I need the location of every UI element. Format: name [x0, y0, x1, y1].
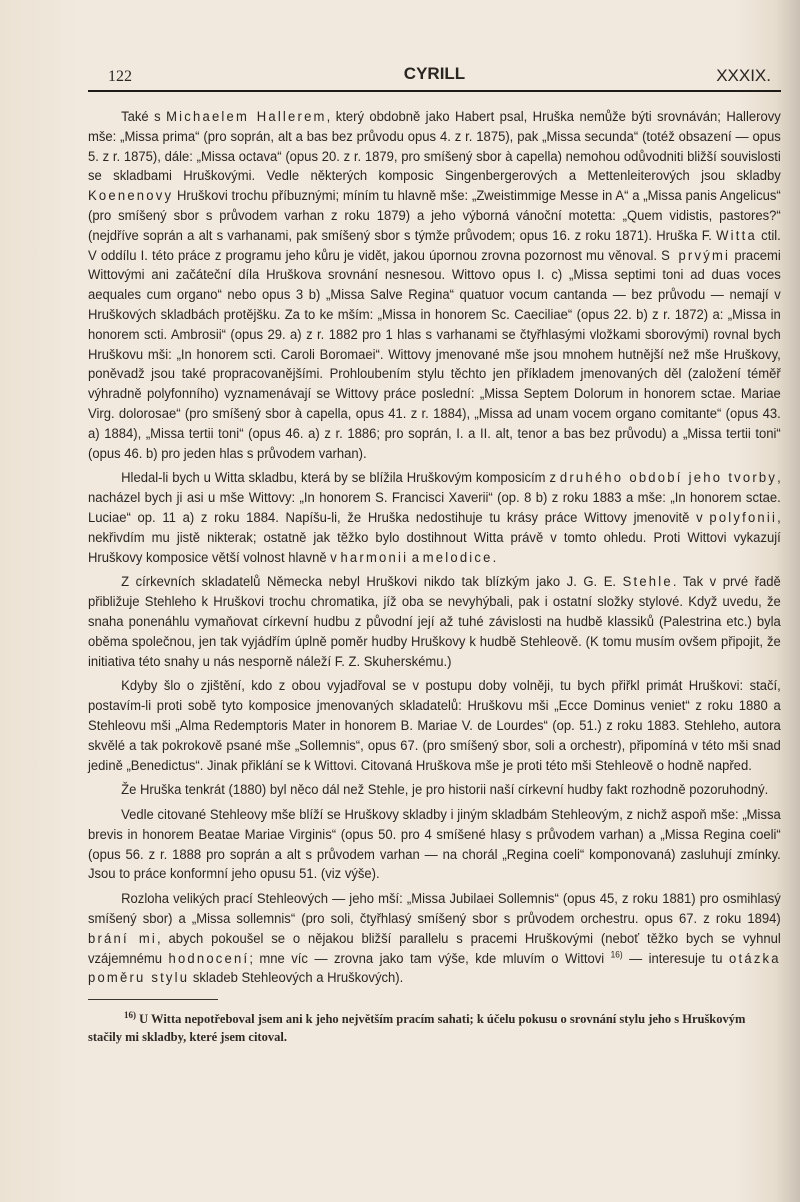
text-run: Rozloha velikých prací Stehleových — jeh…	[88, 891, 781, 927]
text-run: Kdyby šlo o zjištění, kdo z obou vyjadřo…	[88, 678, 781, 773]
text-run: Že Hruška tenkrát (1880) byl něco dál ne…	[121, 782, 768, 798]
paragraph: Z církevních skladatelů Německa nebyl Hr…	[88, 573, 781, 672]
emphasized-text: druhého období jeho tvorby	[560, 470, 777, 486]
emphasized-text: hodnocení	[168, 951, 249, 967]
paragraph: Že Hruška tenkrát (1880) byl něco dál ne…	[88, 781, 781, 801]
footnote-divider	[88, 999, 218, 1000]
running-header: 122 CYRILL XXXIX.	[88, 60, 781, 92]
footnote-text: U Witta nepotřeboval jsem ani k jeho nej…	[88, 1012, 745, 1044]
text-run: Hledal-li bych u Witta skladbu, která by…	[121, 470, 560, 486]
emphasized-text: S prvými	[661, 248, 730, 264]
paragraph: Hledal-li bych u Witta skladbu, která by…	[88, 469, 781, 568]
text-run: a	[408, 550, 423, 566]
paragraph: Také s Michaelem Hallerem, který obdobně…	[88, 108, 781, 464]
footnote-reference: 16)	[611, 949, 623, 959]
volume-number: XXXIX.	[716, 66, 771, 86]
emphasized-text: polyfonii	[709, 510, 777, 526]
journal-title: CYRILL	[88, 64, 781, 84]
article-body: Také s Michaelem Hallerem, který obdobně…	[88, 108, 781, 989]
text-run: .	[493, 550, 497, 566]
emphasized-text: Stehle	[623, 574, 673, 590]
emphasized-text: Koenenovy	[88, 188, 173, 204]
footnote-marker: 16)	[124, 1010, 136, 1020]
emphasized-text: harmonii	[340, 550, 408, 566]
text-run: ; mne víc — zrovna jako tam výše, kde ml…	[249, 951, 610, 967]
emphasized-text: brání mi	[88, 931, 157, 947]
text-run: — interesuje tu	[623, 951, 729, 967]
paragraph: Vedle citované Stehleovy mše blíží se Hr…	[88, 806, 781, 885]
text-run: pracemi Wittovými ani začáteční díla Hru…	[88, 248, 781, 462]
text-run: Hruškovi trochu příbuznými; míním tu hla…	[88, 188, 781, 244]
emphasized-text: Witta	[716, 228, 757, 244]
paragraph: Kdyby šlo o zjištění, kdo z obou vyjadřo…	[88, 677, 781, 776]
document-page: 122 CYRILL XXXIX. Také s Michaelem Halle…	[88, 60, 781, 1046]
emphasized-text: Michaelem Hallerem	[166, 109, 327, 125]
text-run: Také s	[121, 109, 166, 125]
paragraph: Rozloha velikých prací Stehleových — jeh…	[88, 890, 781, 989]
text-run: skladeb Stehleových a Hruškových).	[189, 970, 403, 986]
emphasized-text: melodice	[423, 550, 493, 566]
text-run: Z církevních skladatelů Německa nebyl Hr…	[121, 574, 622, 590]
text-run: Vedle citované Stehleovy mše blíží se Hr…	[88, 807, 781, 882]
footnote: 16) U Witta nepotřeboval jsem ani k jeho…	[88, 1010, 781, 1046]
